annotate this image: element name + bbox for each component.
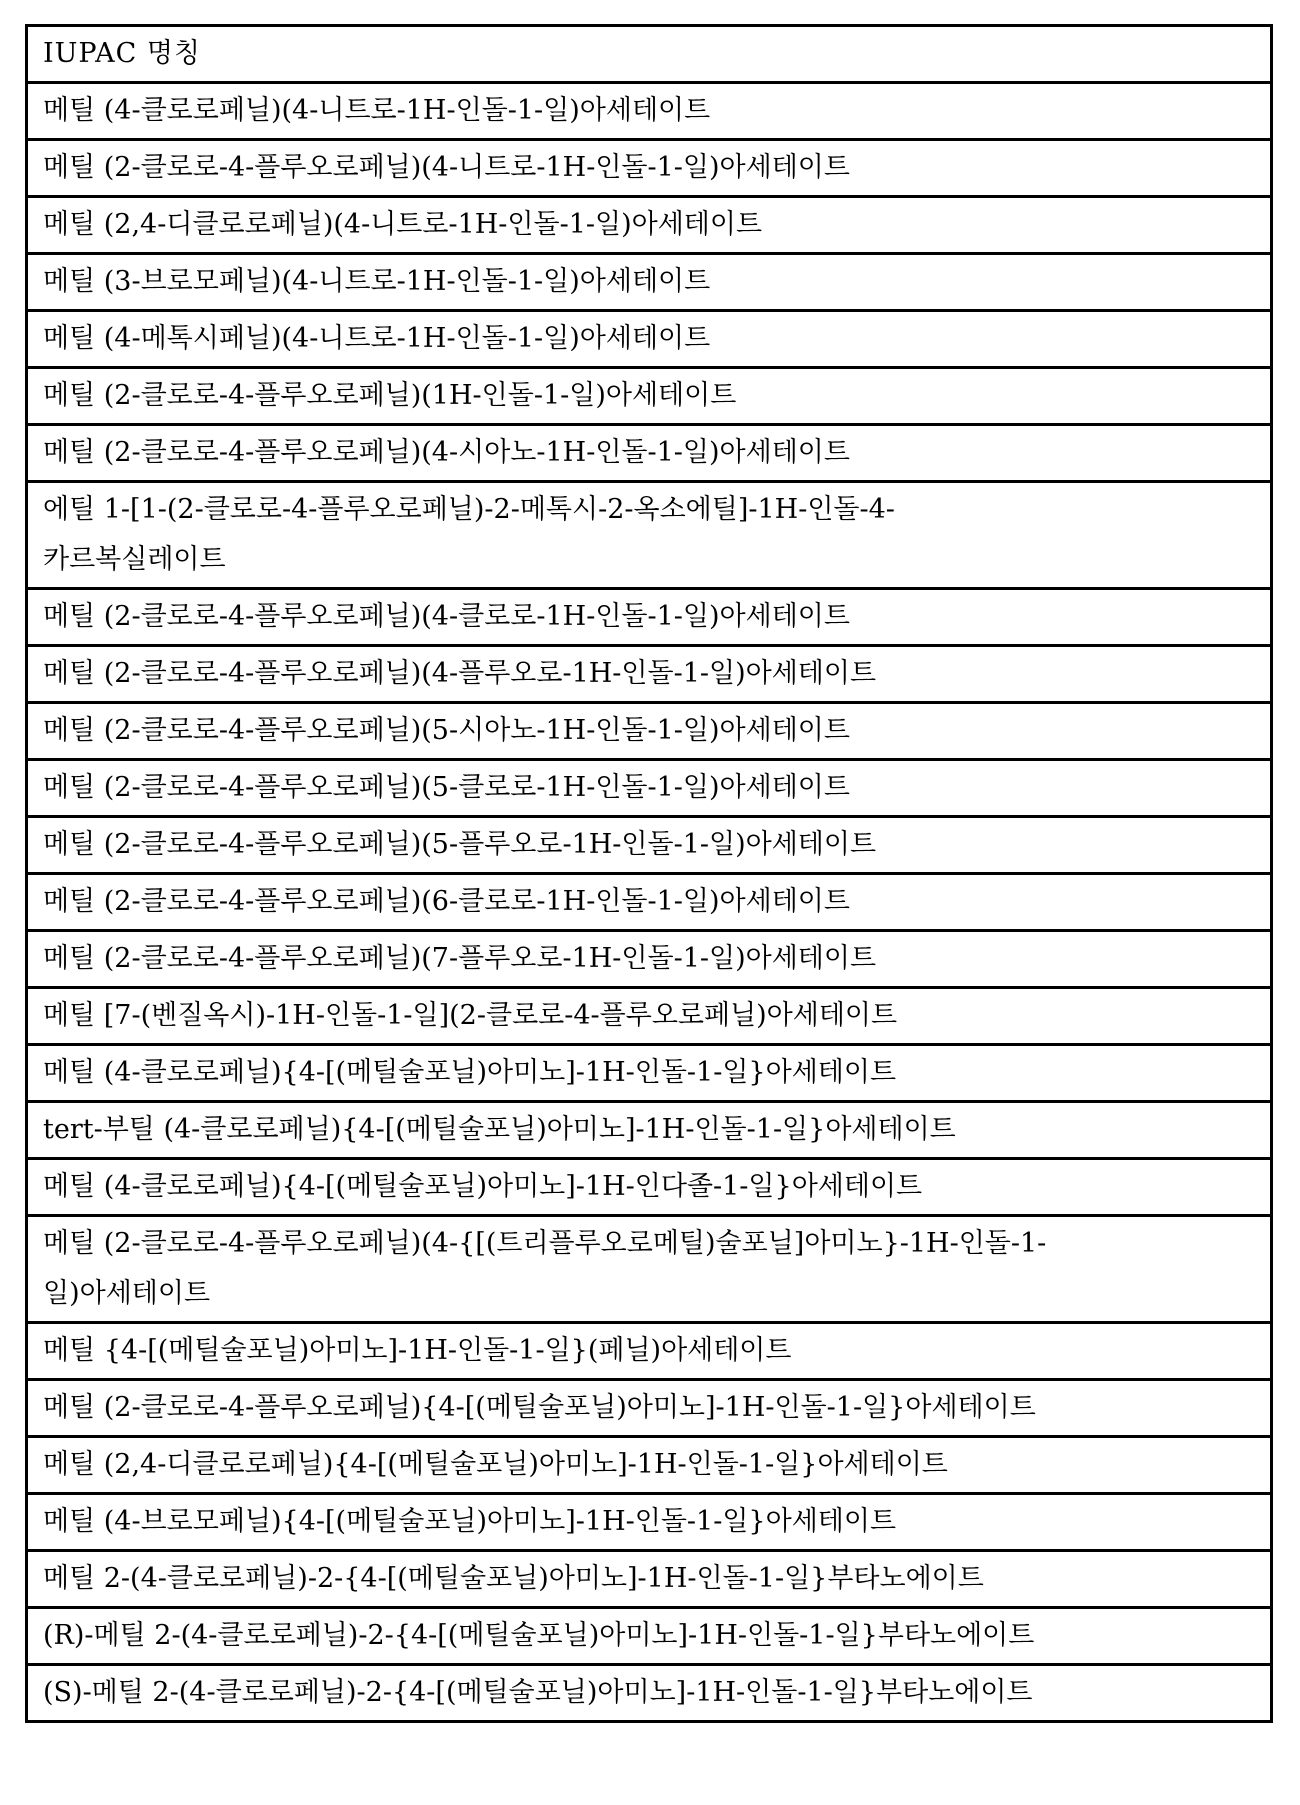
table-row: (S)-메틸 2-(4-클로로페닐)-2-{4-[(메틸술포닐)아미노]-1H-… xyxy=(28,1666,1270,1720)
table-row: 메틸 (4-클로로페닐){4-[(메틸술포닐)아미노]-1H-인돌-1-일}아세… xyxy=(28,1046,1270,1103)
table-row: 메틸 (2,4-디클로로페닐)(4-니트로-1H-인돌-1-일)아세테이트 xyxy=(28,198,1270,255)
table-row: tert-부틸 (4-클로로페닐){4-[(메틸술포닐)아미노]-1H-인돌-1… xyxy=(28,1103,1270,1160)
table-row: 메틸 (2,4-디클로로페닐){4-[(메틸술포닐)아미노]-1H-인돌-1-일… xyxy=(28,1438,1270,1495)
iupac-name-table: IUPAC 명칭 메틸 (4-클로로페닐)(4-니트로-1H-인돌-1-일)아세… xyxy=(25,24,1273,1723)
table-row: 메틸 (2-클로로-4-플루오로페닐)(4-클로로-1H-인돌-1-일)아세테이… xyxy=(28,590,1270,647)
table-row: 메틸 (2-클로로-4-플루오로페닐)(4-시아노-1H-인돌-1-일)아세테이… xyxy=(28,426,1270,483)
table-row: 메틸 (4-클로로페닐){4-[(메틸술포닐)아미노]-1H-인다졸-1-일}아… xyxy=(28,1160,1270,1217)
table-row: 메틸 (2-클로로-4-플루오로페닐)(4-{[(트리플루오로메틸)술포닐]아미… xyxy=(28,1217,1270,1324)
table-row: (R)-메틸 2-(4-클로로페닐)-2-{4-[(메틸술포닐)아미노]-1H-… xyxy=(28,1609,1270,1666)
table-row: 메틸 (2-클로로-4-플루오로페닐)(7-플루오로-1H-인돌-1-일)아세테… xyxy=(28,932,1270,989)
table-row: 메틸 (2-클로로-4-플루오로페닐)(4-플루오로-1H-인돌-1-일)아세테… xyxy=(28,647,1270,704)
table-row: 메틸 (2-클로로-4-플루오로페닐){4-[(메틸술포닐)아미노]-1H-인돌… xyxy=(28,1381,1270,1438)
table-row: 메틸 (2-클로로-4-플루오로페닐)(4-니트로-1H-인돌-1-일)아세테이… xyxy=(28,141,1270,198)
table-row: 메틸 (2-클로로-4-플루오로페닐)(5-클로로-1H-인돌-1-일)아세테이… xyxy=(28,761,1270,818)
table-row: 메틸 (2-클로로-4-플루오로페닐)(6-클로로-1H-인돌-1-일)아세테이… xyxy=(28,875,1270,932)
table-row: 에틸 1-[1-(2-클로로-4-플루오로페닐)-2-메톡시-2-옥소에틸]-1… xyxy=(28,483,1270,590)
table-row: 메틸 (4-클로로페닐)(4-니트로-1H-인돌-1-일)아세테이트 xyxy=(28,84,1270,141)
document-page: IUPAC 명칭 메틸 (4-클로로페닐)(4-니트로-1H-인돌-1-일)아세… xyxy=(0,0,1300,1805)
table-row: 메틸 (2-클로로-4-플루오로페닐)(1H-인돌-1-일)아세테이트 xyxy=(28,369,1270,426)
table-row: 메틸 (4-브로모페닐){4-[(메틸술포닐)아미노]-1H-인돌-1-일}아세… xyxy=(28,1495,1270,1552)
table-row: 메틸 (2-클로로-4-플루오로페닐)(5-시아노-1H-인돌-1-일)아세테이… xyxy=(28,704,1270,761)
table-row: 메틸 {4-[(메틸술포닐)아미노]-1H-인돌-1-일}(페닐)아세테이트 xyxy=(28,1324,1270,1381)
table-row: 메틸 [7-(벤질옥시)-1H-인돌-1-일](2-클로로-4-플루오로페닐)아… xyxy=(28,989,1270,1046)
table-header-iupac-name: IUPAC 명칭 xyxy=(28,27,1270,84)
table-row: 메틸 (2-클로로-4-플루오로페닐)(5-플루오로-1H-인돌-1-일)아세테… xyxy=(28,818,1270,875)
table-row: 메틸 2-(4-클로로페닐)-2-{4-[(메틸술포닐)아미노]-1H-인돌-1… xyxy=(28,1552,1270,1609)
table-row: 메틸 (4-메톡시페닐)(4-니트로-1H-인돌-1-일)아세테이트 xyxy=(28,312,1270,369)
table-row: 메틸 (3-브로모페닐)(4-니트로-1H-인돌-1-일)아세테이트 xyxy=(28,255,1270,312)
